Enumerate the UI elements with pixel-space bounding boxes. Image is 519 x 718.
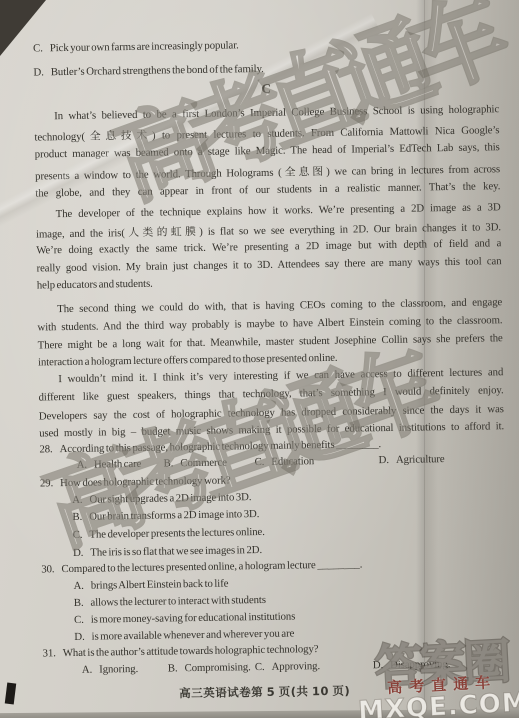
option-text: Our brain transforms a 2D image into 3D. — [89, 508, 259, 523]
question-text: How does holographic technology work? — [60, 474, 231, 489]
option-text: is more available whenever and wherever … — [92, 627, 295, 642]
option-text: Commerce — [180, 457, 227, 470]
option-text: is more money-saving for educational ins… — [91, 610, 296, 625]
passage-line: different like guest speakers, things th… — [38, 384, 503, 406]
option-label: A. — [77, 459, 87, 471]
option-b: B.Commerce — [164, 457, 227, 470]
option-d: D.Agriculture — [379, 453, 445, 466]
question-number: 30. — [41, 563, 54, 575]
option-label: C. — [33, 42, 43, 54]
passage-line: presents a window to the world. Through … — [35, 161, 500, 183]
option-text: The iris is so flat that we see images i… — [90, 544, 262, 559]
option-d: D.Disapproving. — [373, 658, 451, 671]
paper-sheet: C.Pick your own farms are increasingly p… — [0, 0, 519, 718]
option-label: C. — [255, 456, 265, 468]
option-c: C.Approving. — [255, 660, 320, 673]
question-number: 29. — [40, 477, 53, 489]
option-text: Education — [271, 455, 314, 468]
exam-paper-photo: C.Pick your own farms are increasingly p… — [0, 0, 519, 718]
passage-line: In what’s believed to be a first London’… — [34, 103, 499, 125]
option-label: B. — [168, 662, 178, 674]
option-label: C. — [73, 529, 83, 541]
option-a: A.Health care — [77, 458, 142, 471]
option-text: Butler’s Orchard strengthens the bond of… — [51, 63, 264, 78]
option-text: Agriculture — [396, 453, 445, 466]
option-text: Ignoring. — [99, 663, 138, 676]
section-heading: C — [34, 77, 499, 99]
prev-option-c: C.Pick your own farms are increasingly p… — [33, 35, 498, 57]
exam-content: C.Pick your own farms are increasingly p… — [0, 0, 519, 718]
option-b: B.Compromising. — [168, 661, 251, 674]
question-number: 31. — [43, 647, 56, 659]
option-label: D. — [373, 659, 383, 671]
option-label: B. — [164, 457, 174, 469]
option-text: Our sight upgrades a 2D image into 3D. — [89, 491, 251, 506]
option-label: C. — [74, 614, 84, 626]
option-c: C.Education — [255, 455, 315, 468]
option-a: A.Ignoring. — [82, 663, 138, 676]
option-text: brings Albert Einstein back to life — [91, 578, 229, 592]
option-text: Approving. — [271, 660, 320, 673]
passage-line: technology(全息技术) to present lectures to … — [34, 122, 499, 144]
option-text: Health care — [94, 458, 142, 471]
option-label: D. — [74, 631, 84, 643]
option-text: The developer presents the lectures onli… — [89, 526, 265, 541]
option-text: Compromising. — [184, 661, 250, 674]
option-label: D. — [379, 454, 389, 466]
question-number: 28. — [39, 443, 52, 455]
option-label: D. — [73, 547, 83, 559]
option-label: D. — [33, 66, 43, 78]
page-footer: 高三英语试卷第 5 页(共 10 页) — [5, 680, 519, 703]
option-label: A. — [72, 494, 82, 506]
option-text: allows the lecturer to interact with stu… — [90, 594, 266, 609]
passage-line: the globe, and they can appear in front … — [35, 180, 500, 202]
option-label: A. — [73, 580, 83, 592]
option-label: C. — [255, 661, 265, 673]
option-label: A. — [82, 664, 92, 676]
option-text: Pick your own farms are increasingly pop… — [50, 39, 239, 54]
option-text: Disapproving. — [390, 658, 450, 671]
option-label: B. — [74, 597, 84, 609]
option-label: B. — [72, 511, 82, 523]
passage-line: product manager was beamed onto a stage … — [35, 141, 500, 163]
